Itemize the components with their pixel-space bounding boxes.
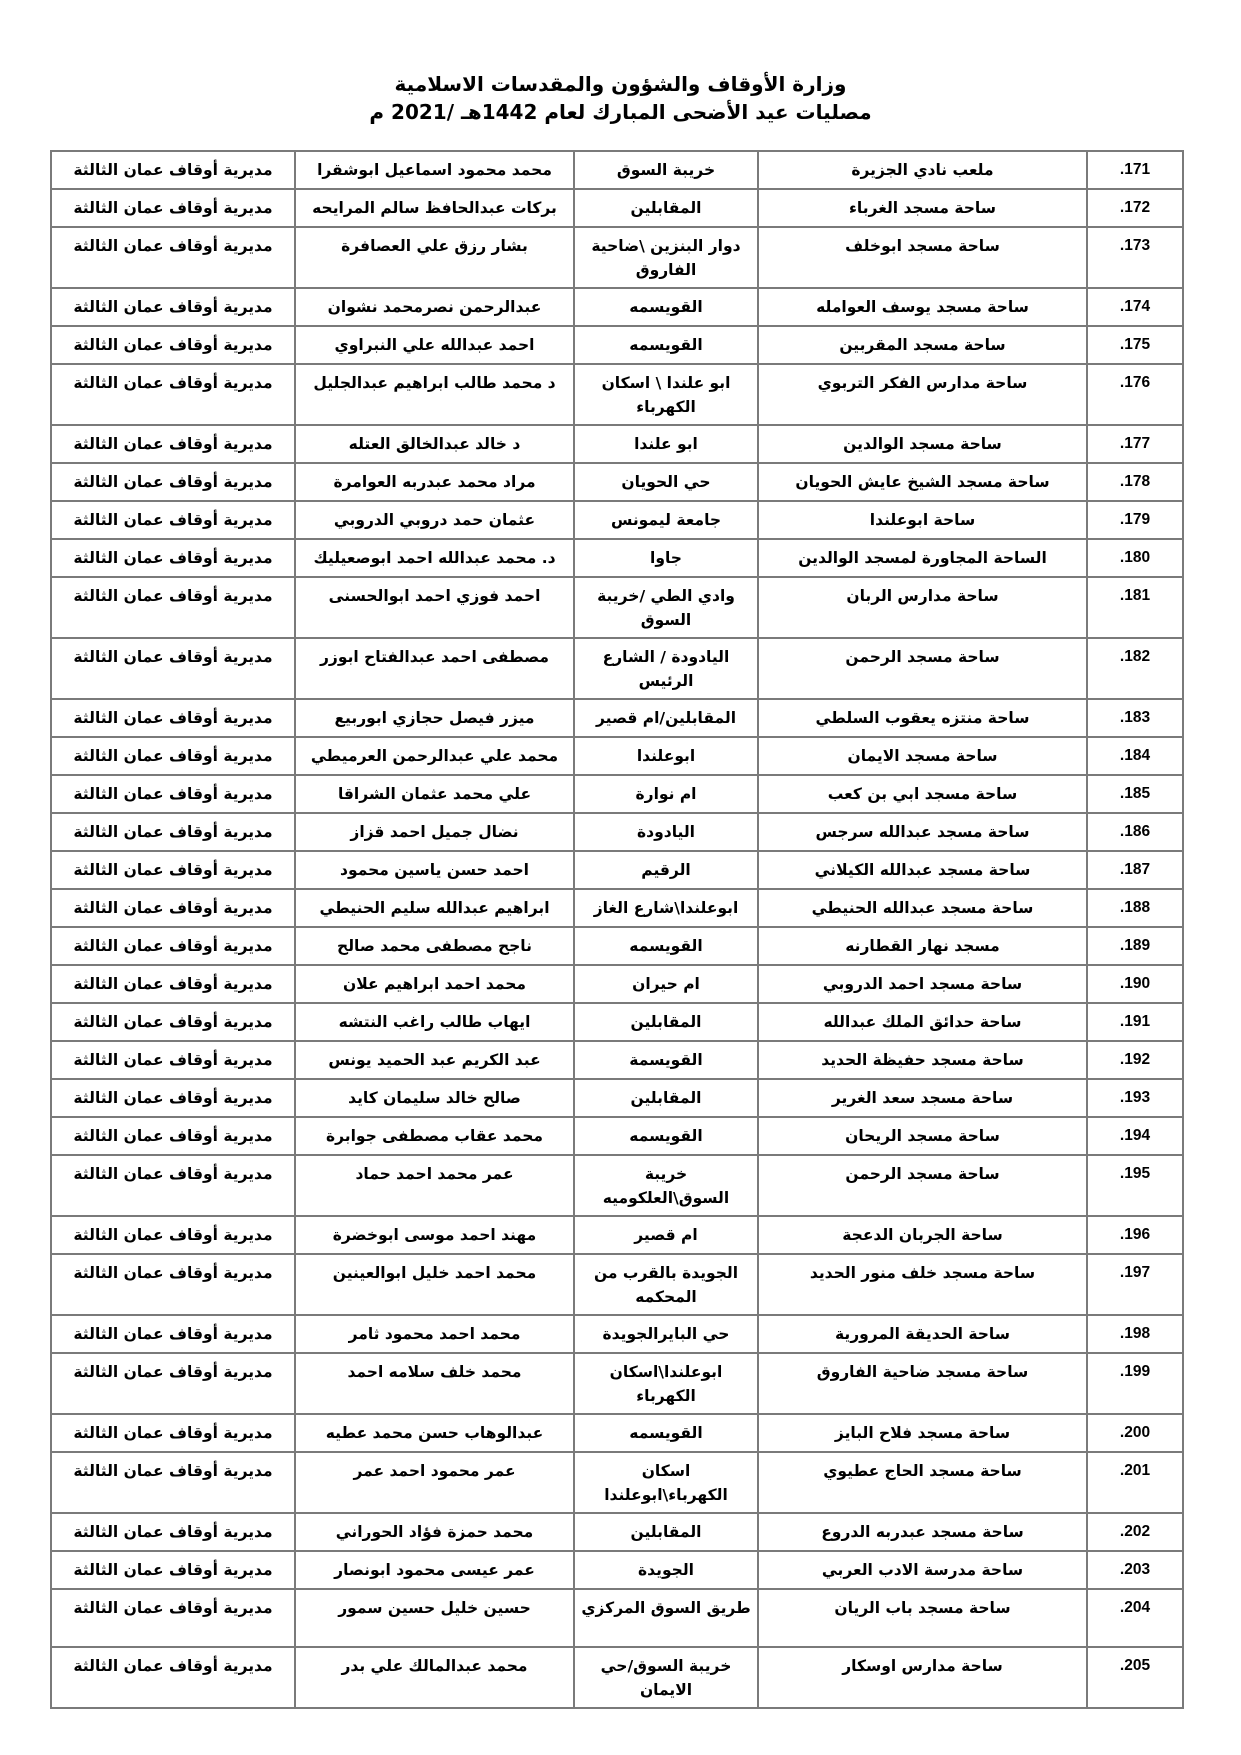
area-cell: اليادودة / الشارع الرئيس xyxy=(574,638,758,699)
row-number: .195 xyxy=(1087,1155,1183,1216)
imam-cell: عبد الكريم عبد الحميد يونس xyxy=(295,1041,574,1079)
location-cell: ساحة مدرسة الادب العربي xyxy=(758,1551,1087,1589)
area-cell: الجويدة بالقرب من المحكمه xyxy=(574,1254,758,1315)
imam-cell: عبدالرحمن نصرمحمد نشوان xyxy=(295,288,574,326)
directorate-cell: مديرية أوقاف عمان الثالثة xyxy=(51,1353,295,1414)
location-cell: ساحة مسجد الريحان xyxy=(758,1117,1087,1155)
row-number: .177 xyxy=(1087,425,1183,463)
directorate-cell: مديرية أوقاف عمان الثالثة xyxy=(51,1452,295,1513)
row-number: .179 xyxy=(1087,501,1183,539)
directorate-cell: مديرية أوقاف عمان الثالثة xyxy=(51,1414,295,1452)
area-cell: جامعة ليمونس xyxy=(574,501,758,539)
location-cell: ساحة الحديقة المرورية xyxy=(758,1315,1087,1353)
directorate-cell: مديرية أوقاف عمان الثالثة xyxy=(51,1155,295,1216)
table-row: .175ساحة مسجد المقربينالقويسمهاحمد عبدال… xyxy=(51,326,1183,364)
table-row: .173ساحة مسجد ابوخلفدوار البنزين \ضاحية … xyxy=(51,227,1183,288)
document-header: وزارة الأوقاف والشؤون والمقدسات الاسلامي… xyxy=(0,70,1241,126)
location-cell: ساحة مسجد الغرباء xyxy=(758,189,1087,227)
location-cell: ساحة مسجد ضاحية الفاروق xyxy=(758,1353,1087,1414)
location-cell: ساحة مسجد عبدربه الدروع xyxy=(758,1513,1087,1551)
table-row: .183ساحة منتزه يعقوب السلطيالمقابلين/ام … xyxy=(51,699,1183,737)
row-number: .186 xyxy=(1087,813,1183,851)
area-cell: المقابلين xyxy=(574,1003,758,1041)
directorate-cell: مديرية أوقاف عمان الثالثة xyxy=(51,737,295,775)
imam-cell: محمد احمد محمود ثامر xyxy=(295,1315,574,1353)
directorate-cell: مديرية أوقاف عمان الثالثة xyxy=(51,965,295,1003)
area-cell: ابوعلندا\شارع الغاز xyxy=(574,889,758,927)
row-number: .196 xyxy=(1087,1216,1183,1254)
directorate-cell: مديرية أوقاف عمان الثالثة xyxy=(51,326,295,364)
table-row: .189مسجد نهار القطارنهالقويسمهناجح مصطفى… xyxy=(51,927,1183,965)
area-cell: المقابلين xyxy=(574,189,758,227)
row-number: .187 xyxy=(1087,851,1183,889)
location-cell: مسجد نهار القطارنه xyxy=(758,927,1087,965)
row-number: .194 xyxy=(1087,1117,1183,1155)
imam-cell: د محمد طالب ابراهيم عبدالجليل xyxy=(295,364,574,425)
imam-cell: احمد عبدالله علي النبراوي xyxy=(295,326,574,364)
directorate-cell: مديرية أوقاف عمان الثالثة xyxy=(51,539,295,577)
location-cell: ساحة مسجد سعد الغرير xyxy=(758,1079,1087,1117)
directorate-cell: مديرية أوقاف عمان الثالثة xyxy=(51,1647,295,1708)
row-number: .189 xyxy=(1087,927,1183,965)
imam-cell: ابراهيم عبدالله سليم الحنيطي xyxy=(295,889,574,927)
table-row: .195ساحة مسجد الرحمنخريبة السوق\العلكومي… xyxy=(51,1155,1183,1216)
table-row: .202ساحة مسجد عبدربه الدروعالمقابلينمحمد… xyxy=(51,1513,1183,1551)
directorate-cell: مديرية أوقاف عمان الثالثة xyxy=(51,577,295,638)
row-number: .190 xyxy=(1087,965,1183,1003)
directorate-cell: مديرية أوقاف عمان الثالثة xyxy=(51,1513,295,1551)
table-row: .203ساحة مدرسة الادب العربيالجويدةعمر عي… xyxy=(51,1551,1183,1589)
row-number: .171 xyxy=(1087,151,1183,189)
directorate-cell: مديرية أوقاف عمان الثالثة xyxy=(51,638,295,699)
table-row: .176ساحة مدارس الفكر التربويابو علندا \ … xyxy=(51,364,1183,425)
imam-cell: ميزر فيصل حجازي ابوربيع xyxy=(295,699,574,737)
table-row: .178ساحة مسجد الشيخ عايش الحويانحي الحوي… xyxy=(51,463,1183,501)
location-cell: ساحة مدارس الفكر التربوي xyxy=(758,364,1087,425)
imam-cell: عمر محمود احمد عمر xyxy=(295,1452,574,1513)
location-cell: ساحة مسجد الرحمن xyxy=(758,638,1087,699)
directorate-cell: مديرية أوقاف عمان الثالثة xyxy=(51,1003,295,1041)
area-cell: دوار البنزين \ضاحية الفاروق xyxy=(574,227,758,288)
imam-cell: حسين خليل حسين سمور xyxy=(295,1589,574,1647)
area-cell: خريبة السوق/حي الايمان xyxy=(574,1647,758,1708)
location-cell: ساحة مدارس اوسكار xyxy=(758,1647,1087,1708)
table-row: .192ساحة مسجد حفيظة الحديدالقويسمةعبد ال… xyxy=(51,1041,1183,1079)
directorate-cell: مديرية أوقاف عمان الثالثة xyxy=(51,851,295,889)
row-number: .200 xyxy=(1087,1414,1183,1452)
table-row: .182ساحة مسجد الرحمناليادودة / الشارع ال… xyxy=(51,638,1183,699)
table-row: .204ساحة مسجد باب الريانطريق السوق المرك… xyxy=(51,1589,1183,1647)
row-number: .188 xyxy=(1087,889,1183,927)
table-row: .186ساحة مسجد عبدالله سرجساليادودةنضال ج… xyxy=(51,813,1183,851)
imam-cell: علي محمد عثمان الشراقا xyxy=(295,775,574,813)
row-number: .192 xyxy=(1087,1041,1183,1079)
imam-cell: مصطفى احمد عبدالفتاح ابوزر xyxy=(295,638,574,699)
row-number: .175 xyxy=(1087,326,1183,364)
table-body: .171ملعب نادي الجزيرةخريبة السوقمحمد محم… xyxy=(51,151,1183,1708)
imam-cell: عمر محمد احمد حماد xyxy=(295,1155,574,1216)
row-number: .176 xyxy=(1087,364,1183,425)
area-cell: جاوا xyxy=(574,539,758,577)
imam-cell: عمر عيسى محمود ابونصار xyxy=(295,1551,574,1589)
table-row: .190ساحة مسجد احمد الدروبيام حيرانمحمد ا… xyxy=(51,965,1183,1003)
imam-cell: محمد خلف سلامه احمد xyxy=(295,1353,574,1414)
prayer-grounds-table: .171ملعب نادي الجزيرةخريبة السوقمحمد محم… xyxy=(50,150,1184,1709)
area-cell: ام قصير xyxy=(574,1216,758,1254)
table-row: .181ساحة مدارس الربانوادي الطي /خريبة ال… xyxy=(51,577,1183,638)
area-cell: خريبة السوق\العلكوميه xyxy=(574,1155,758,1216)
directorate-cell: مديرية أوقاف عمان الثالثة xyxy=(51,927,295,965)
row-number: .197 xyxy=(1087,1254,1183,1315)
table-row: .191ساحة حدائق الملك عبداللهالمقابلينايه… xyxy=(51,1003,1183,1041)
table-row: .194ساحة مسجد الريحانالقويسمهمحمد عقاب م… xyxy=(51,1117,1183,1155)
area-cell: القويسمه xyxy=(574,927,758,965)
document-subtitle: مصليات عيد الأضحى المبارك لعام 1442هـ /2… xyxy=(0,98,1241,126)
imam-cell: بشار رزق علي العصافرة xyxy=(295,227,574,288)
area-cell: ابوعلندا\اسكان الكهرباء xyxy=(574,1353,758,1414)
directorate-cell: مديرية أوقاف عمان الثالثة xyxy=(51,699,295,737)
location-cell: ساحة مسجد ابوخلف xyxy=(758,227,1087,288)
row-number: .198 xyxy=(1087,1315,1183,1353)
row-number: .199 xyxy=(1087,1353,1183,1414)
imam-cell: محمد حمزة فؤاد الحوراني xyxy=(295,1513,574,1551)
table-row: .177ساحة مسجد الوالدينابو علنداد خالد عب… xyxy=(51,425,1183,463)
area-cell: القويسمه xyxy=(574,288,758,326)
table-row: .197ساحة مسجد خلف منور الحديدالجويدة بال… xyxy=(51,1254,1183,1315)
table-row: .199ساحة مسجد ضاحية الفاروقابوعلندا\اسكا… xyxy=(51,1353,1183,1414)
imam-cell: صالح خالد سليمان كايد xyxy=(295,1079,574,1117)
imam-cell: بركات عبدالحافظ سالم المرايحه xyxy=(295,189,574,227)
directorate-cell: مديرية أوقاف عمان الثالثة xyxy=(51,1079,295,1117)
area-cell: المقابلين/ام قصير xyxy=(574,699,758,737)
table-row: .187ساحة مسجد عبدالله الكيلانيالرقيماحمد… xyxy=(51,851,1183,889)
area-cell: ابو علندا \ اسكان الكهرباء xyxy=(574,364,758,425)
imam-cell: مهند احمد موسى ابوخضرة xyxy=(295,1216,574,1254)
location-cell: ساحة مسجد احمد الدروبي xyxy=(758,965,1087,1003)
location-cell: ملعب نادي الجزيرة xyxy=(758,151,1087,189)
area-cell: خريبة السوق xyxy=(574,151,758,189)
imam-cell: ناجح مصطفى محمد صالح xyxy=(295,927,574,965)
directorate-cell: مديرية أوقاف عمان الثالثة xyxy=(51,813,295,851)
area-cell: ابوعلندا xyxy=(574,737,758,775)
location-cell: ساحة مدارس الربان xyxy=(758,577,1087,638)
location-cell: ساحة الجربان الدعجة xyxy=(758,1216,1087,1254)
area-cell: القويسمه xyxy=(574,326,758,364)
directorate-cell: مديرية أوقاف عمان الثالثة xyxy=(51,151,295,189)
row-number: .183 xyxy=(1087,699,1183,737)
row-number: .182 xyxy=(1087,638,1183,699)
row-number: .185 xyxy=(1087,775,1183,813)
table-row: .188ساحة مسجد عبدالله الحنيطيابوعلندا\شا… xyxy=(51,889,1183,927)
location-cell: ساحة مسجد يوسف العوامله xyxy=(758,288,1087,326)
directorate-cell: مديرية أوقاف عمان الثالثة xyxy=(51,189,295,227)
row-number: .172 xyxy=(1087,189,1183,227)
directorate-cell: مديرية أوقاف عمان الثالثة xyxy=(51,1315,295,1353)
location-cell: ساحة مسجد الرحمن xyxy=(758,1155,1087,1216)
directorate-cell: مديرية أوقاف عمان الثالثة xyxy=(51,227,295,288)
location-cell: ساحة مسجد الوالدين xyxy=(758,425,1087,463)
location-cell: ساحة مسجد حفيظة الحديد xyxy=(758,1041,1087,1079)
imam-cell: محمد محمود اسماعيل ابوشقرا xyxy=(295,151,574,189)
area-cell: المقابلين xyxy=(574,1513,758,1551)
imam-cell: محمد علي عبدالرحمن العرميطي xyxy=(295,737,574,775)
ministry-title: وزارة الأوقاف والشؤون والمقدسات الاسلامي… xyxy=(0,70,1241,98)
location-cell: ساحة مسجد خلف منور الحديد xyxy=(758,1254,1087,1315)
directorate-cell: مديرية أوقاف عمان الثالثة xyxy=(51,1117,295,1155)
imam-cell: عثمان حمد دروبي الدروبي xyxy=(295,501,574,539)
location-cell: ساحة مسجد الايمان xyxy=(758,737,1087,775)
table-row: .201ساحة مسجد الحاج عطيوياسكان الكهرباء\… xyxy=(51,1452,1183,1513)
table-row: .196ساحة الجربان الدعجةام قصيرمهند احمد … xyxy=(51,1216,1183,1254)
directorate-cell: مديرية أوقاف عمان الثالثة xyxy=(51,425,295,463)
area-cell: حي الحويان xyxy=(574,463,758,501)
row-number: .203 xyxy=(1087,1551,1183,1589)
area-cell: اسكان الكهرباء\ابوعلندا xyxy=(574,1452,758,1513)
area-cell: القويسمه xyxy=(574,1414,758,1452)
location-cell: ساحة ابوعلندا xyxy=(758,501,1087,539)
row-number: .193 xyxy=(1087,1079,1183,1117)
imam-cell: ايهاب طالب راغب النتشه xyxy=(295,1003,574,1041)
location-cell: ساحة مسجد فلاح البايز xyxy=(758,1414,1087,1452)
table-row: .185ساحة مسجد ابي بن كعبام نوارةعلي محمد… xyxy=(51,775,1183,813)
row-number: .205 xyxy=(1087,1647,1183,1708)
area-cell: طريق السوق المركزي xyxy=(574,1589,758,1647)
directorate-cell: مديرية أوقاف عمان الثالثة xyxy=(51,1041,295,1079)
row-number: .204 xyxy=(1087,1589,1183,1647)
directorate-cell: مديرية أوقاف عمان الثالثة xyxy=(51,1551,295,1589)
row-number: .202 xyxy=(1087,1513,1183,1551)
area-cell: وادي الطي /خريبة السوق xyxy=(574,577,758,638)
imam-cell: احمد فوزي احمد ابوالحسنى xyxy=(295,577,574,638)
location-cell: ساحة منتزه يعقوب السلطي xyxy=(758,699,1087,737)
row-number: .184 xyxy=(1087,737,1183,775)
imam-cell: محمد احمد ابراهيم علان xyxy=(295,965,574,1003)
location-cell: ساحة مسجد الشيخ عايش الحويان xyxy=(758,463,1087,501)
area-cell: المقابلين xyxy=(574,1079,758,1117)
imam-cell: د خالد عبدالخالق العتله xyxy=(295,425,574,463)
imam-cell: مراد محمد عبدربه العوامرة xyxy=(295,463,574,501)
area-cell: ام حيران xyxy=(574,965,758,1003)
location-cell: ساحة مسجد عبدالله الكيلاني xyxy=(758,851,1087,889)
table-row: .179ساحة ابوعلنداجامعة ليمونسعثمان حمد د… xyxy=(51,501,1183,539)
location-cell: ساحة مسجد عبدالله الحنيطي xyxy=(758,889,1087,927)
directorate-cell: مديرية أوقاف عمان الثالثة xyxy=(51,775,295,813)
directorate-cell: مديرية أوقاف عمان الثالثة xyxy=(51,1216,295,1254)
table-row: .174ساحة مسجد يوسف العواملهالقويسمهعبدال… xyxy=(51,288,1183,326)
directorate-cell: مديرية أوقاف عمان الثالثة xyxy=(51,463,295,501)
imam-cell: د. محمد عبدالله احمد ابوصعيليك xyxy=(295,539,574,577)
table-row: .171ملعب نادي الجزيرةخريبة السوقمحمد محم… xyxy=(51,151,1183,189)
table-row: .184ساحة مسجد الايمانابوعلندامحمد علي عب… xyxy=(51,737,1183,775)
area-cell: الرقيم xyxy=(574,851,758,889)
location-cell: ساحة حدائق الملك عبدالله xyxy=(758,1003,1087,1041)
location-cell: ساحة مسجد ابي بن كعب xyxy=(758,775,1087,813)
imam-cell: محمد احمد خليل ابوالعينين xyxy=(295,1254,574,1315)
table-row: .180الساحة المجاورة لمسجد الوالدينجاواد.… xyxy=(51,539,1183,577)
area-cell: الجويدة xyxy=(574,1551,758,1589)
row-number: .201 xyxy=(1087,1452,1183,1513)
directorate-cell: مديرية أوقاف عمان الثالثة xyxy=(51,501,295,539)
table-row: .172ساحة مسجد الغرباءالمقابلينبركات عبدا… xyxy=(51,189,1183,227)
area-cell: القويسمة xyxy=(574,1041,758,1079)
imam-cell: محمد عبدالمالك علي بدر xyxy=(295,1647,574,1708)
directorate-cell: مديرية أوقاف عمان الثالثة xyxy=(51,1254,295,1315)
imam-cell: نضال جميل احمد قزاز xyxy=(295,813,574,851)
row-number: .173 xyxy=(1087,227,1183,288)
row-number: .180 xyxy=(1087,539,1183,577)
area-cell: اليادودة xyxy=(574,813,758,851)
location-cell: ساحة مسجد عبدالله سرجس xyxy=(758,813,1087,851)
directorate-cell: مديرية أوقاف عمان الثالثة xyxy=(51,889,295,927)
location-cell: ساحة مسجد المقربين xyxy=(758,326,1087,364)
table-row: .200ساحة مسجد فلاح البايزالقويسمهعبدالوه… xyxy=(51,1414,1183,1452)
row-number: .178 xyxy=(1087,463,1183,501)
directorate-cell: مديرية أوقاف عمان الثالثة xyxy=(51,288,295,326)
table-row: .198ساحة الحديقة المروريةحي البايرالجويد… xyxy=(51,1315,1183,1353)
row-number: .181 xyxy=(1087,577,1183,638)
row-number: .191 xyxy=(1087,1003,1183,1041)
table-row: .193ساحة مسجد سعد الغريرالمقابلينصالح خا… xyxy=(51,1079,1183,1117)
directorate-cell: مديرية أوقاف عمان الثالثة xyxy=(51,1589,295,1647)
table-row: .205ساحة مدارس اوسكارخريبة السوق/حي الاي… xyxy=(51,1647,1183,1708)
row-number: .174 xyxy=(1087,288,1183,326)
location-cell: الساحة المجاورة لمسجد الوالدين xyxy=(758,539,1087,577)
area-cell: القويسمه xyxy=(574,1117,758,1155)
location-cell: ساحة مسجد الحاج عطيوي xyxy=(758,1452,1087,1513)
area-cell: ابو علندا xyxy=(574,425,758,463)
imam-cell: احمد حسن ياسين محمود xyxy=(295,851,574,889)
area-cell: ام نوارة xyxy=(574,775,758,813)
directorate-cell: مديرية أوقاف عمان الثالثة xyxy=(51,364,295,425)
imam-cell: محمد عقاب مصطفى جوابرة xyxy=(295,1117,574,1155)
location-cell: ساحة مسجد باب الريان xyxy=(758,1589,1087,1647)
imam-cell: عبدالوهاب حسن محمد عطيه xyxy=(295,1414,574,1452)
area-cell: حي البايرالجويدة xyxy=(574,1315,758,1353)
